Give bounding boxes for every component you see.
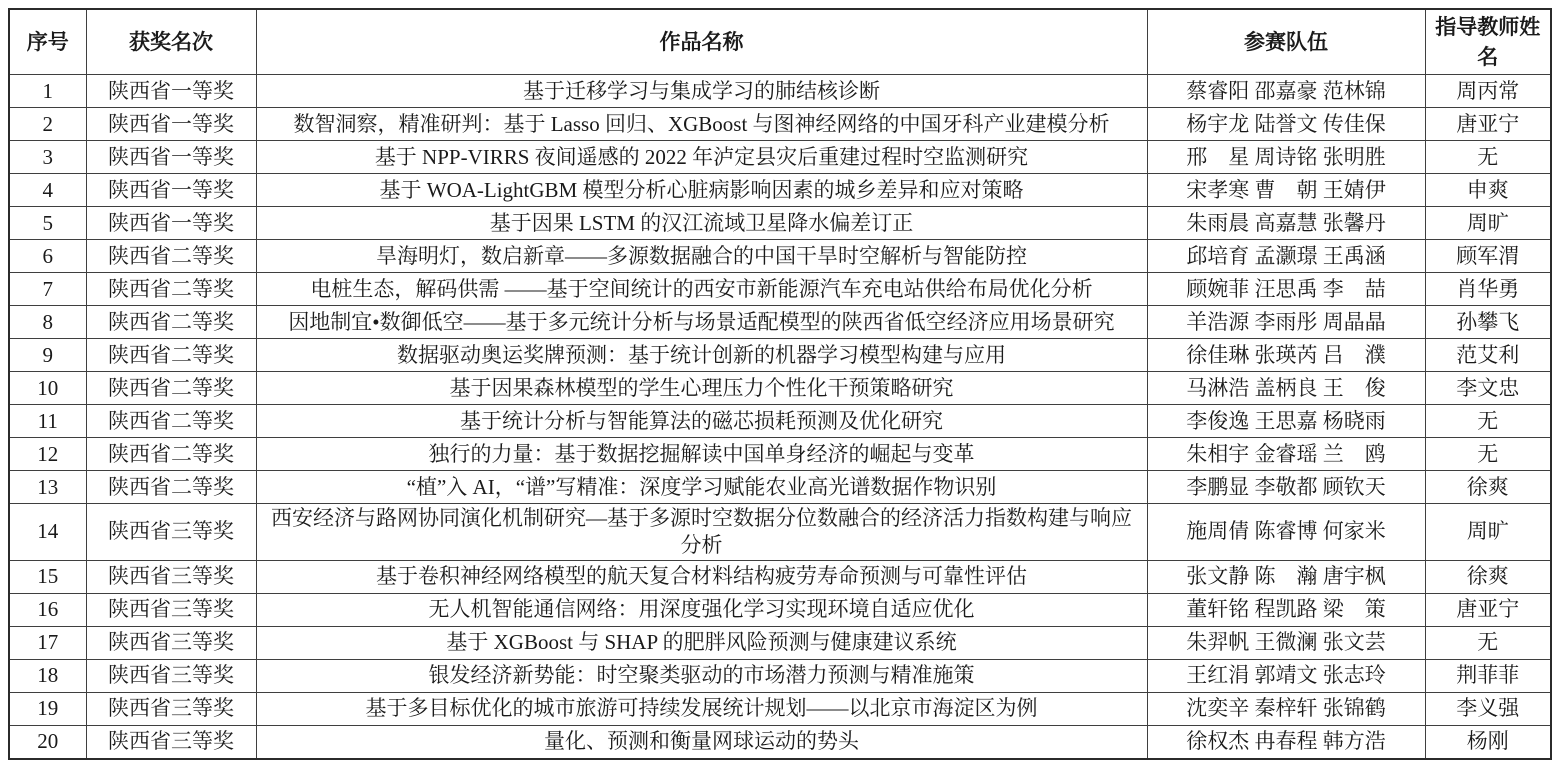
title-cell: 基于统计分析与智能算法的磁芯损耗预测及优化研究 xyxy=(256,405,1147,438)
table-row: 18 陕西省三等奖 银发经济新势能：时空聚类驱动的市场潜力预测与精准施策 王红涓… xyxy=(9,659,1551,692)
serial-cell: 1 xyxy=(9,75,86,108)
award-cell: 陕西省一等奖 xyxy=(86,174,256,207)
teacher-cell: 周旷 xyxy=(1425,504,1551,561)
table-row: 5 陕西省一等奖 基于因果 LSTM 的汉江流域卫星降水偏差订正 朱雨晨 高嘉慧… xyxy=(9,207,1551,240)
team-cell: 羊浩源 李雨彤 周晶晶 xyxy=(1147,306,1425,339)
table-row: 19 陕西省三等奖 基于多目标优化的城市旅游可持续发展统计规划——以北京市海淀区… xyxy=(9,692,1551,725)
serial-cell: 3 xyxy=(9,141,86,174)
award-table-sheet: 序号 获奖名次 作品名称 参赛队伍 指导教师姓名 1 陕西省一等奖 基于迁移学习… xyxy=(8,8,1552,760)
award-cell: 陕西省三等奖 xyxy=(86,504,256,561)
teacher-cell: 肖华勇 xyxy=(1425,273,1551,306)
team-cell: 王红涓 郭靖文 张志玲 xyxy=(1147,659,1425,692)
serial-cell: 2 xyxy=(9,108,86,141)
header-team: 参赛队伍 xyxy=(1147,9,1425,75)
team-cell: 董轩铭 程凯路 梁 策 xyxy=(1147,593,1425,626)
team-cell: 蔡睿阳 邵嘉豪 范林锦 xyxy=(1147,75,1425,108)
team-cell: 朱羿帆 王微澜 张文芸 xyxy=(1147,626,1425,659)
table-row: 12 陕西省二等奖 独行的力量：基于数据挖掘解读中国单身经济的崛起与变革 朱相宇… xyxy=(9,438,1551,471)
award-cell: 陕西省三等奖 xyxy=(86,626,256,659)
table-row: 3 陕西省一等奖 基于 NPP-VIRRS 夜间遥感的 2022 年泸定县灾后重… xyxy=(9,141,1551,174)
team-cell: 徐佳琳 张瑛芮 吕 濮 xyxy=(1147,339,1425,372)
teacher-cell: 无 xyxy=(1425,141,1551,174)
title-cell: 基于 WOA-LightGBM 模型分析心脏病影响因素的城乡差异和应对策略 xyxy=(256,174,1147,207)
award-cell: 陕西省一等奖 xyxy=(86,108,256,141)
table-row: 20 陕西省三等奖 量化、预测和衡量网球运动的势头 徐权杰 冉春程 韩方浩 杨刚 xyxy=(9,725,1551,759)
team-cell: 杨宇龙 陆誉文 传佳保 xyxy=(1147,108,1425,141)
title-cell: “植”入 AI，“谱”写精准：深度学习赋能农业高光谱数据作物识别 xyxy=(256,471,1147,504)
serial-cell: 18 xyxy=(9,659,86,692)
team-cell: 马淋浩 盖柄良 王 俊 xyxy=(1147,372,1425,405)
serial-cell: 4 xyxy=(9,174,86,207)
award-cell: 陕西省二等奖 xyxy=(86,405,256,438)
award-cell: 陕西省三等奖 xyxy=(86,659,256,692)
table-header-row: 序号 获奖名次 作品名称 参赛队伍 指导教师姓名 xyxy=(9,9,1551,75)
serial-cell: 16 xyxy=(9,593,86,626)
title-cell: 基于因果 LSTM 的汉江流域卫星降水偏差订正 xyxy=(256,207,1147,240)
table-row: 16 陕西省三等奖 无人机智能通信网络：用深度强化学习实现环境自适应优化 董轩铭… xyxy=(9,593,1551,626)
title-cell: 银发经济新势能：时空聚类驱动的市场潜力预测与精准施策 xyxy=(256,659,1147,692)
award-cell: 陕西省二等奖 xyxy=(86,273,256,306)
header-title: 作品名称 xyxy=(256,9,1147,75)
title-cell: 基于 NPP-VIRRS 夜间遥感的 2022 年泸定县灾后重建过程时空监测研究 xyxy=(256,141,1147,174)
title-cell: 基于 XGBoost 与 SHAP 的肥胖风险预测与健康建议系统 xyxy=(256,626,1147,659)
teacher-cell: 周旷 xyxy=(1425,207,1551,240)
teacher-cell: 顾军渭 xyxy=(1425,240,1551,273)
team-cell: 李俊逸 王思嘉 杨晓雨 xyxy=(1147,405,1425,438)
award-cell: 陕西省三等奖 xyxy=(86,725,256,759)
serial-cell: 14 xyxy=(9,504,86,561)
award-cell: 陕西省二等奖 xyxy=(86,471,256,504)
serial-cell: 5 xyxy=(9,207,86,240)
serial-cell: 9 xyxy=(9,339,86,372)
title-cell: 基于因果森林模型的学生心理压力个性化干预策略研究 xyxy=(256,372,1147,405)
title-cell: 基于多目标优化的城市旅游可持续发展统计规划——以北京市海淀区为例 xyxy=(256,692,1147,725)
teacher-cell: 周丙常 xyxy=(1425,75,1551,108)
team-cell: 李鹏显 李敬都 顾钦天 xyxy=(1147,471,1425,504)
team-cell: 朱雨晨 高嘉慧 张馨丹 xyxy=(1147,207,1425,240)
table-row: 10 陕西省二等奖 基于因果森林模型的学生心理压力个性化干预策略研究 马淋浩 盖… xyxy=(9,372,1551,405)
teacher-cell: 无 xyxy=(1425,438,1551,471)
teacher-cell: 李文忠 xyxy=(1425,372,1551,405)
title-cell: 因地制宜•数御低空——基于多元统计分析与场景适配模型的陕西省低空经济应用场景研究 xyxy=(256,306,1147,339)
teacher-cell: 徐爽 xyxy=(1425,560,1551,593)
table-row: 9 陕西省二等奖 数据驱动奥运奖牌预测：基于统计创新的机器学习模型构建与应用 徐… xyxy=(9,339,1551,372)
title-cell: 量化、预测和衡量网球运动的势头 xyxy=(256,725,1147,759)
award-cell: 陕西省一等奖 xyxy=(86,141,256,174)
table-row: 7 陕西省二等奖 电桩生态，解码供需 ——基于空间统计的西安市新能源汽车充电站供… xyxy=(9,273,1551,306)
teacher-cell: 荆菲菲 xyxy=(1425,659,1551,692)
award-cell: 陕西省三等奖 xyxy=(86,692,256,725)
serial-cell: 13 xyxy=(9,471,86,504)
award-cell: 陕西省二等奖 xyxy=(86,306,256,339)
award-cell: 陕西省三等奖 xyxy=(86,560,256,593)
teacher-cell: 徐爽 xyxy=(1425,471,1551,504)
table-row: 11 陕西省二等奖 基于统计分析与智能算法的磁芯损耗预测及优化研究 李俊逸 王思… xyxy=(9,405,1551,438)
team-cell: 张文静 陈 瀚 唐宇枫 xyxy=(1147,560,1425,593)
table-row: 15 陕西省三等奖 基于卷积神经网络模型的航天复合材料结构疲劳寿命预测与可靠性评… xyxy=(9,560,1551,593)
serial-cell: 8 xyxy=(9,306,86,339)
header-award: 获奖名次 xyxy=(86,9,256,75)
serial-cell: 10 xyxy=(9,372,86,405)
title-cell: 基于迁移学习与集成学习的肺结核诊断 xyxy=(256,75,1147,108)
title-cell: 数智洞察，精准研判：基于 Lasso 回归、XGBoost 与图神经网络的中国牙… xyxy=(256,108,1147,141)
teacher-cell: 申爽 xyxy=(1425,174,1551,207)
table-row: 2 陕西省一等奖 数智洞察，精准研判：基于 Lasso 回归、XGBoost 与… xyxy=(9,108,1551,141)
title-cell: 基于卷积神经网络模型的航天复合材料结构疲劳寿命预测与可靠性评估 xyxy=(256,560,1147,593)
team-cell: 沈奕辛 秦梓轩 张锦鹤 xyxy=(1147,692,1425,725)
table-row: 4 陕西省一等奖 基于 WOA-LightGBM 模型分析心脏病影响因素的城乡差… xyxy=(9,174,1551,207)
serial-cell: 15 xyxy=(9,560,86,593)
teacher-cell: 唐亚宁 xyxy=(1425,108,1551,141)
team-cell: 朱相宇 金睿瑶 兰 鸥 xyxy=(1147,438,1425,471)
title-cell: 电桩生态，解码供需 ——基于空间统计的西安市新能源汽车充电站供给布局优化分析 xyxy=(256,273,1147,306)
award-cell: 陕西省二等奖 xyxy=(86,339,256,372)
table-row: 8 陕西省二等奖 因地制宜•数御低空——基于多元统计分析与场景适配模型的陕西省低… xyxy=(9,306,1551,339)
serial-cell: 7 xyxy=(9,273,86,306)
table-row: 17 陕西省三等奖 基于 XGBoost 与 SHAP 的肥胖风险预测与健康建议… xyxy=(9,626,1551,659)
teacher-cell: 唐亚宁 xyxy=(1425,593,1551,626)
teacher-cell: 无 xyxy=(1425,626,1551,659)
team-cell: 宋孝寒 曹 朝 王婧伊 xyxy=(1147,174,1425,207)
table-body: 1 陕西省一等奖 基于迁移学习与集成学习的肺结核诊断 蔡睿阳 邵嘉豪 范林锦 周… xyxy=(9,75,1551,759)
serial-cell: 19 xyxy=(9,692,86,725)
title-cell: 西安经济与路网协同演化机制研究—基于多源时空数据分位数融合的经济活力指数构建与响… xyxy=(256,504,1147,561)
award-cell: 陕西省一等奖 xyxy=(86,207,256,240)
header-serial: 序号 xyxy=(9,9,86,75)
title-cell: 无人机智能通信网络：用深度强化学习实现环境自适应优化 xyxy=(256,593,1147,626)
teacher-cell: 杨刚 xyxy=(1425,725,1551,759)
teacher-cell: 李义强 xyxy=(1425,692,1551,725)
table-row: 13 陕西省二等奖 “植”入 AI，“谱”写精准：深度学习赋能农业高光谱数据作物… xyxy=(9,471,1551,504)
team-cell: 邱培育 孟灏璟 王禹涵 xyxy=(1147,240,1425,273)
serial-cell: 6 xyxy=(9,240,86,273)
team-cell: 徐权杰 冉春程 韩方浩 xyxy=(1147,725,1425,759)
award-cell: 陕西省一等奖 xyxy=(86,75,256,108)
title-cell: 数据驱动奥运奖牌预测：基于统计创新的机器学习模型构建与应用 xyxy=(256,339,1147,372)
team-cell: 顾婉菲 汪思禹 李 喆 xyxy=(1147,273,1425,306)
team-cell: 邢 星 周诗铭 张明胜 xyxy=(1147,141,1425,174)
serial-cell: 11 xyxy=(9,405,86,438)
serial-cell: 12 xyxy=(9,438,86,471)
title-cell: 旱海明灯，数启新章——多源数据融合的中国干旱时空解析与智能防控 xyxy=(256,240,1147,273)
award-cell: 陕西省三等奖 xyxy=(86,593,256,626)
header-teacher: 指导教师姓名 xyxy=(1425,9,1551,75)
award-table: 序号 获奖名次 作品名称 参赛队伍 指导教师姓名 1 陕西省一等奖 基于迁移学习… xyxy=(8,8,1552,760)
table-row: 6 陕西省二等奖 旱海明灯，数启新章——多源数据融合的中国干旱时空解析与智能防控… xyxy=(9,240,1551,273)
award-cell: 陕西省二等奖 xyxy=(86,438,256,471)
title-cell: 独行的力量：基于数据挖掘解读中国单身经济的崛起与变革 xyxy=(256,438,1147,471)
serial-cell: 17 xyxy=(9,626,86,659)
table-row: 1 陕西省一等奖 基于迁移学习与集成学习的肺结核诊断 蔡睿阳 邵嘉豪 范林锦 周… xyxy=(9,75,1551,108)
teacher-cell: 范艾利 xyxy=(1425,339,1551,372)
award-cell: 陕西省二等奖 xyxy=(86,372,256,405)
table-row: 14 陕西省三等奖 西安经济与路网协同演化机制研究—基于多源时空数据分位数融合的… xyxy=(9,504,1551,561)
award-cell: 陕西省二等奖 xyxy=(86,240,256,273)
serial-cell: 20 xyxy=(9,725,86,759)
teacher-cell: 孙攀飞 xyxy=(1425,306,1551,339)
teacher-cell: 无 xyxy=(1425,405,1551,438)
team-cell: 施周倩 陈睿博 何家米 xyxy=(1147,504,1425,561)
